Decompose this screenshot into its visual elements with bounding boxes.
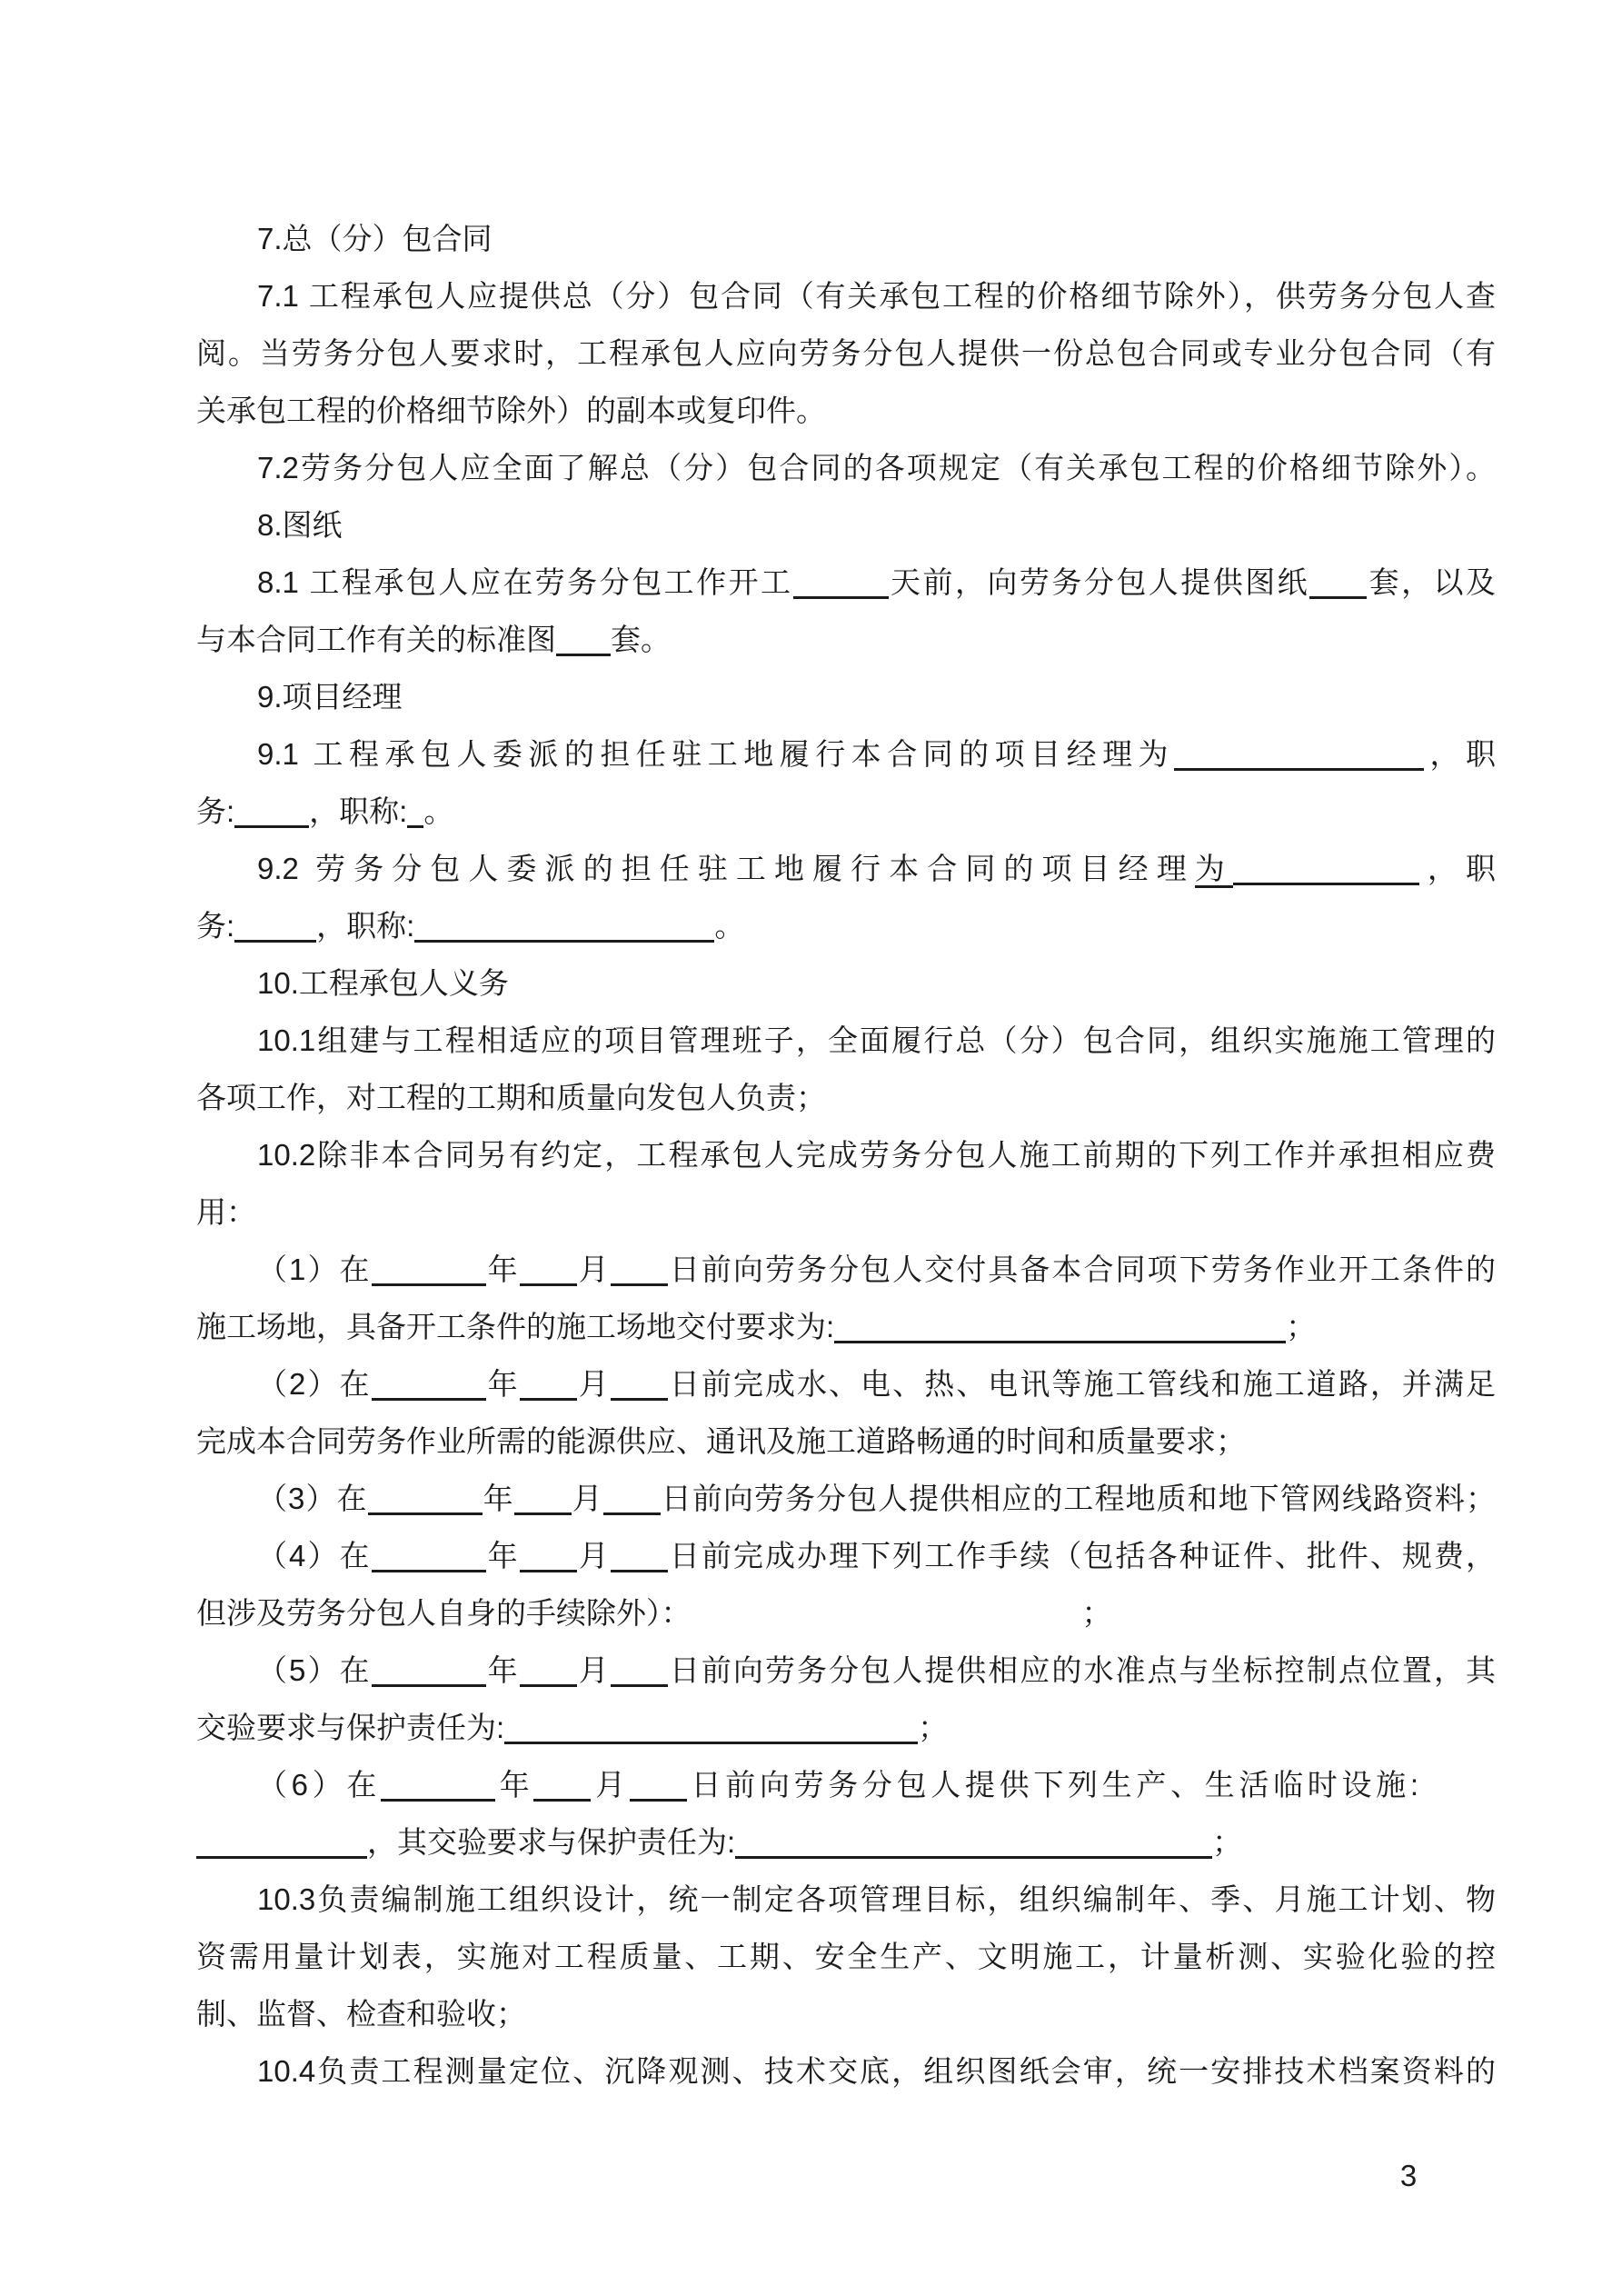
text-segment: 8.1 工程承包人应在劳务分包工作开工 bbox=[257, 565, 793, 599]
blank-underline bbox=[533, 1775, 591, 1802]
text-segment: ，职称: bbox=[316, 909, 414, 943]
blank-underline bbox=[196, 1832, 367, 1859]
text-segment: 10.2除非本合同另有约定，工程承包人完成劳务分包人施工前期的下列工作并承担相应… bbox=[257, 1138, 1496, 1172]
document-line: 各项工作，对工程的工期和质量向发包人负责； bbox=[196, 1069, 1496, 1126]
text-segment: 日前向劳务分包人交付具备本合同项下劳务作业开工条件的 bbox=[668, 1253, 1496, 1286]
text-segment: 9.项目经理 bbox=[257, 680, 403, 714]
contract-document-page: 7.总（分）包合同7.1 工程承包人应提供总（分）包合同（有关承包工程的价格细节… bbox=[0, 0, 1622, 2296]
text-segment: 制、监督、检查和验收； bbox=[196, 1997, 526, 2031]
blank-underline bbox=[1309, 573, 1367, 599]
document-line: 7.1 工程承包人应提供总（分）包合同（有关承包工程的价格细节除外），供劳务分包… bbox=[196, 267, 1496, 324]
blank-underline bbox=[520, 1374, 577, 1401]
text-segment: 8.图纸 bbox=[257, 508, 343, 542]
text-segment: 9.1 工程承包人委派的担任驻工地履行本合同的项目经理为 bbox=[257, 737, 1174, 771]
text-segment: （5）在 bbox=[257, 1653, 372, 1687]
document-line: 10.1组建与工程相适应的项目管理班子，全面履行总（分）包合同，组织实施施工管理… bbox=[196, 1012, 1496, 1069]
text-segment: 月 bbox=[572, 1482, 603, 1515]
blank-underline bbox=[407, 802, 423, 828]
text-segment: 年 bbox=[486, 1539, 520, 1572]
blank-underline bbox=[368, 1489, 483, 1515]
document-line: 9.项目经理 bbox=[196, 668, 1496, 725]
document-line: 资需用量计划表，实施对工程质量、工期、安全生产、文明施工，计量析测、实验化验的控 bbox=[196, 1928, 1496, 1985]
document-line: 交验要求与保护责任为:； bbox=[196, 1699, 1496, 1756]
document-body: 7.总（分）包合同7.1 工程承包人应提供总（分）包合同（有关承包工程的价格细节… bbox=[196, 210, 1496, 2100]
text-segment: （2）在 bbox=[257, 1367, 372, 1401]
blank-underline bbox=[793, 573, 889, 599]
text-segment: 完成本合同劳务作业所需的能源供应、通讯及施工道路畅通的时间和质量要求； bbox=[196, 1424, 1246, 1458]
text-segment: 日前向劳务分包人提供相应的工程地质和地下管网线路资料； bbox=[661, 1482, 1496, 1515]
text-segment: 7.总（分）包合同 bbox=[257, 222, 493, 255]
blank-gap bbox=[692, 1622, 1082, 1623]
text-segment: 年 bbox=[486, 1253, 520, 1286]
document-line: （2）在年月日前完成水、电、热、电讯等施工管线和施工道路，并满足 bbox=[196, 1355, 1496, 1413]
document-line: 与本合同工作有关的标准图套。 bbox=[196, 611, 1496, 668]
document-line: 关承包工程的价格细节除外）的副本或复印件。 bbox=[196, 382, 1496, 439]
text-segment: 天前，向劳务分包人提供图纸 bbox=[889, 565, 1310, 599]
document-line: 10.工程承包人义务 bbox=[196, 954, 1496, 1012]
text-segment: ； bbox=[1212, 1825, 1242, 1859]
text-segment: 10.3负责编制施工组织设计，统一制定各项管理目标，组织编制年、季、月施工计划、… bbox=[257, 1882, 1496, 1916]
blank-underline bbox=[372, 1661, 486, 1687]
text-segment: ，职称: bbox=[309, 794, 407, 828]
document-line: 9.2 劳务分包人委派的担任驻工地履行本合同的项目经理为，职 bbox=[196, 840, 1496, 897]
text-segment: 10.工程承包人义务 bbox=[257, 966, 509, 1000]
blank-underline bbox=[234, 916, 316, 943]
underlined-text-segment: 为 bbox=[1195, 852, 1233, 888]
text-segment: ，职 bbox=[1419, 852, 1496, 885]
text-segment: 施工场地，具备开工条件的施工场地交付要求为: bbox=[196, 1310, 834, 1343]
text-segment: ； bbox=[918, 1711, 948, 1744]
document-line: ，其交验要求与保护责任为:； bbox=[196, 1813, 1496, 1871]
document-line: 8.1 工程承包人应在劳务分包工作开工天前，向劳务分包人提供图纸套，以及 bbox=[196, 554, 1496, 611]
text-segment: 7.2劳务分包人应全面了解总（分）包合同的各项规定（有关承包工程的价格细节除外）… bbox=[257, 451, 1496, 484]
document-line: （3）在年月日前向劳务分包人提供相应的工程地质和地下管网线路资料； bbox=[196, 1470, 1496, 1527]
text-segment: 7.1 工程承包人应提供总（分）包合同（有关承包工程的价格细节除外），供劳务分包… bbox=[257, 279, 1496, 313]
document-line: 务:，职称:。 bbox=[196, 783, 1496, 840]
text-segment: ，其交验要求与保护责任为: bbox=[367, 1825, 735, 1859]
blank-underline bbox=[381, 1775, 495, 1802]
text-segment: 日前向劳务分包人提供下列生产、生活临时设施: bbox=[687, 1768, 1418, 1802]
blank-underline bbox=[611, 1546, 668, 1572]
text-segment: 月 bbox=[577, 1367, 611, 1401]
text-segment: 务: bbox=[196, 794, 234, 828]
blank-underline bbox=[1174, 744, 1424, 771]
text-segment: 各项工作，对工程的工期和质量向发包人负责； bbox=[196, 1081, 826, 1114]
text-segment: ，职 bbox=[1424, 737, 1496, 771]
blank-underline bbox=[834, 1317, 1286, 1343]
text-segment: 月 bbox=[577, 1253, 611, 1286]
text-segment: 。 bbox=[714, 909, 744, 943]
blank-underline bbox=[630, 1775, 687, 1802]
text-segment: 10.1组建与工程相适应的项目管理班子，全面履行总（分）包合同，组织实施施工管理… bbox=[257, 1023, 1496, 1057]
text-segment: 阅。当劳务分包人要求时，工程承包人应向劳务分包人提供一份总包合同或专业分包合同（… bbox=[196, 336, 1496, 370]
blank-underline bbox=[735, 1832, 1212, 1859]
text-segment: 年 bbox=[486, 1367, 520, 1401]
document-line: 10.4负责工程测量定位、沉降观测、技术交底，组织图纸会审，统一安排技术档案资料… bbox=[196, 2042, 1496, 2100]
document-line: （6）在年月日前向劳务分包人提供下列生产、生活临时设施: bbox=[196, 1756, 1496, 1813]
text-segment: 交验要求与保护责任为: bbox=[196, 1711, 504, 1744]
blank-underline bbox=[372, 1546, 486, 1572]
text-segment: 月 bbox=[577, 1539, 611, 1572]
text-segment: ； bbox=[1286, 1310, 1316, 1343]
blank-underline bbox=[520, 1260, 577, 1286]
document-line: 10.2除非本合同另有约定，工程承包人完成劳务分包人施工前期的下列工作并承担相应… bbox=[196, 1126, 1496, 1183]
document-line: 阅。当劳务分包人要求时，工程承包人应向劳务分包人提供一份总包合同或专业分包合同（… bbox=[196, 324, 1496, 382]
document-line: 9.1 工程承包人委派的担任驻工地履行本合同的项目经理为，职 bbox=[196, 725, 1496, 783]
blank-underline bbox=[504, 1718, 918, 1744]
blank-underline bbox=[234, 802, 309, 828]
document-line: 7.2劳务分包人应全面了解总（分）包合同的各项规定（有关承包工程的价格细节除外）… bbox=[196, 439, 1496, 496]
text-segment: 日前完成水、电、热、电讯等施工管线和施工道路，并满足 bbox=[668, 1367, 1496, 1401]
text-segment: 用： bbox=[196, 1195, 256, 1229]
document-line: 用： bbox=[196, 1183, 1496, 1241]
document-line: 完成本合同劳务作业所需的能源供应、通讯及施工道路畅通的时间和质量要求； bbox=[196, 1413, 1496, 1470]
text-segment: 月 bbox=[577, 1653, 611, 1687]
text-segment: 日前向劳务分包人提供相应的水准点与坐标控制点位置，其 bbox=[668, 1653, 1496, 1687]
text-segment: 月 bbox=[591, 1768, 629, 1802]
document-line: 7.总（分）包合同 bbox=[196, 210, 1496, 267]
blank-underline bbox=[611, 1260, 668, 1286]
text-segment: 。 bbox=[423, 794, 453, 828]
text-segment: 年 bbox=[486, 1653, 520, 1687]
blank-underline bbox=[372, 1260, 486, 1286]
text-segment: 10.4负责工程测量定位、沉降观测、技术交底，组织图纸会审，统一安排技术档案资料… bbox=[257, 2054, 1496, 2088]
text-segment: （6）在 bbox=[257, 1768, 381, 1802]
page-number: 3 bbox=[1363, 2147, 1454, 2204]
text-segment: 年 bbox=[495, 1768, 533, 1802]
blank-underline bbox=[514, 1489, 572, 1515]
text-segment: 关承包工程的价格细节除外）的副本或复印件。 bbox=[196, 394, 826, 427]
blank-underline bbox=[1233, 859, 1419, 885]
document-line: （1）在年月日前向劳务分包人交付具备本合同项下劳务作业开工条件的 bbox=[196, 1241, 1496, 1298]
text-segment: 9.2 劳务分包人委派的担任驻工地履行本合同的项目经理 bbox=[257, 852, 1195, 885]
blank-underline bbox=[520, 1661, 577, 1687]
text-segment: （1）在 bbox=[257, 1253, 372, 1286]
blank-underline bbox=[414, 916, 714, 943]
document-line: 务:，职称:。 bbox=[196, 897, 1496, 954]
blank-underline bbox=[372, 1374, 486, 1401]
text-segment: 资需用量计划表，实施对工程质量、工期、安全生产、文明施工，计量析测、实验化验的控 bbox=[196, 1940, 1496, 1973]
text-segment: 日前完成办理下列工作手续（包括各种证件、批件、规费， bbox=[668, 1539, 1496, 1572]
text-segment: 务: bbox=[196, 909, 234, 943]
text-segment: 套。 bbox=[611, 623, 671, 656]
document-line: （5）在年月日前向劳务分包人提供相应的水准点与坐标控制点位置，其 bbox=[196, 1642, 1496, 1699]
text-segment: （3）在 bbox=[257, 1482, 368, 1515]
document-line: 8.图纸 bbox=[196, 496, 1496, 554]
text-segment: 年 bbox=[483, 1482, 514, 1515]
document-line: 制、监督、检查和验收； bbox=[196, 1985, 1496, 2042]
document-line: 施工场地，具备开工条件的施工场地交付要求为:； bbox=[196, 1298, 1496, 1355]
blank-gap bbox=[1418, 1794, 1496, 1795]
text-segment: ； bbox=[1082, 1596, 1112, 1630]
document-line: （4）在年月日前完成办理下列工作手续（包括各种证件、批件、规费， bbox=[196, 1527, 1496, 1584]
text-segment: 与本合同工作有关的标准图 bbox=[196, 623, 556, 656]
blank-underline bbox=[556, 630, 611, 656]
blank-underline bbox=[611, 1374, 668, 1401]
document-line: 但涉及劳务分包人自身的手续除外）：； bbox=[196, 1584, 1496, 1642]
document-line: 10.3负责编制施工组织设计，统一制定各项管理目标，组织编制年、季、月施工计划、… bbox=[196, 1871, 1496, 1928]
blank-underline bbox=[603, 1489, 661, 1515]
blank-underline bbox=[611, 1661, 668, 1687]
blank-underline bbox=[520, 1546, 577, 1572]
text-segment: 但涉及劳务分包人自身的手续除外）： bbox=[196, 1596, 692, 1630]
text-segment: 套，以及 bbox=[1367, 565, 1496, 599]
text-segment: （4）在 bbox=[257, 1539, 372, 1572]
